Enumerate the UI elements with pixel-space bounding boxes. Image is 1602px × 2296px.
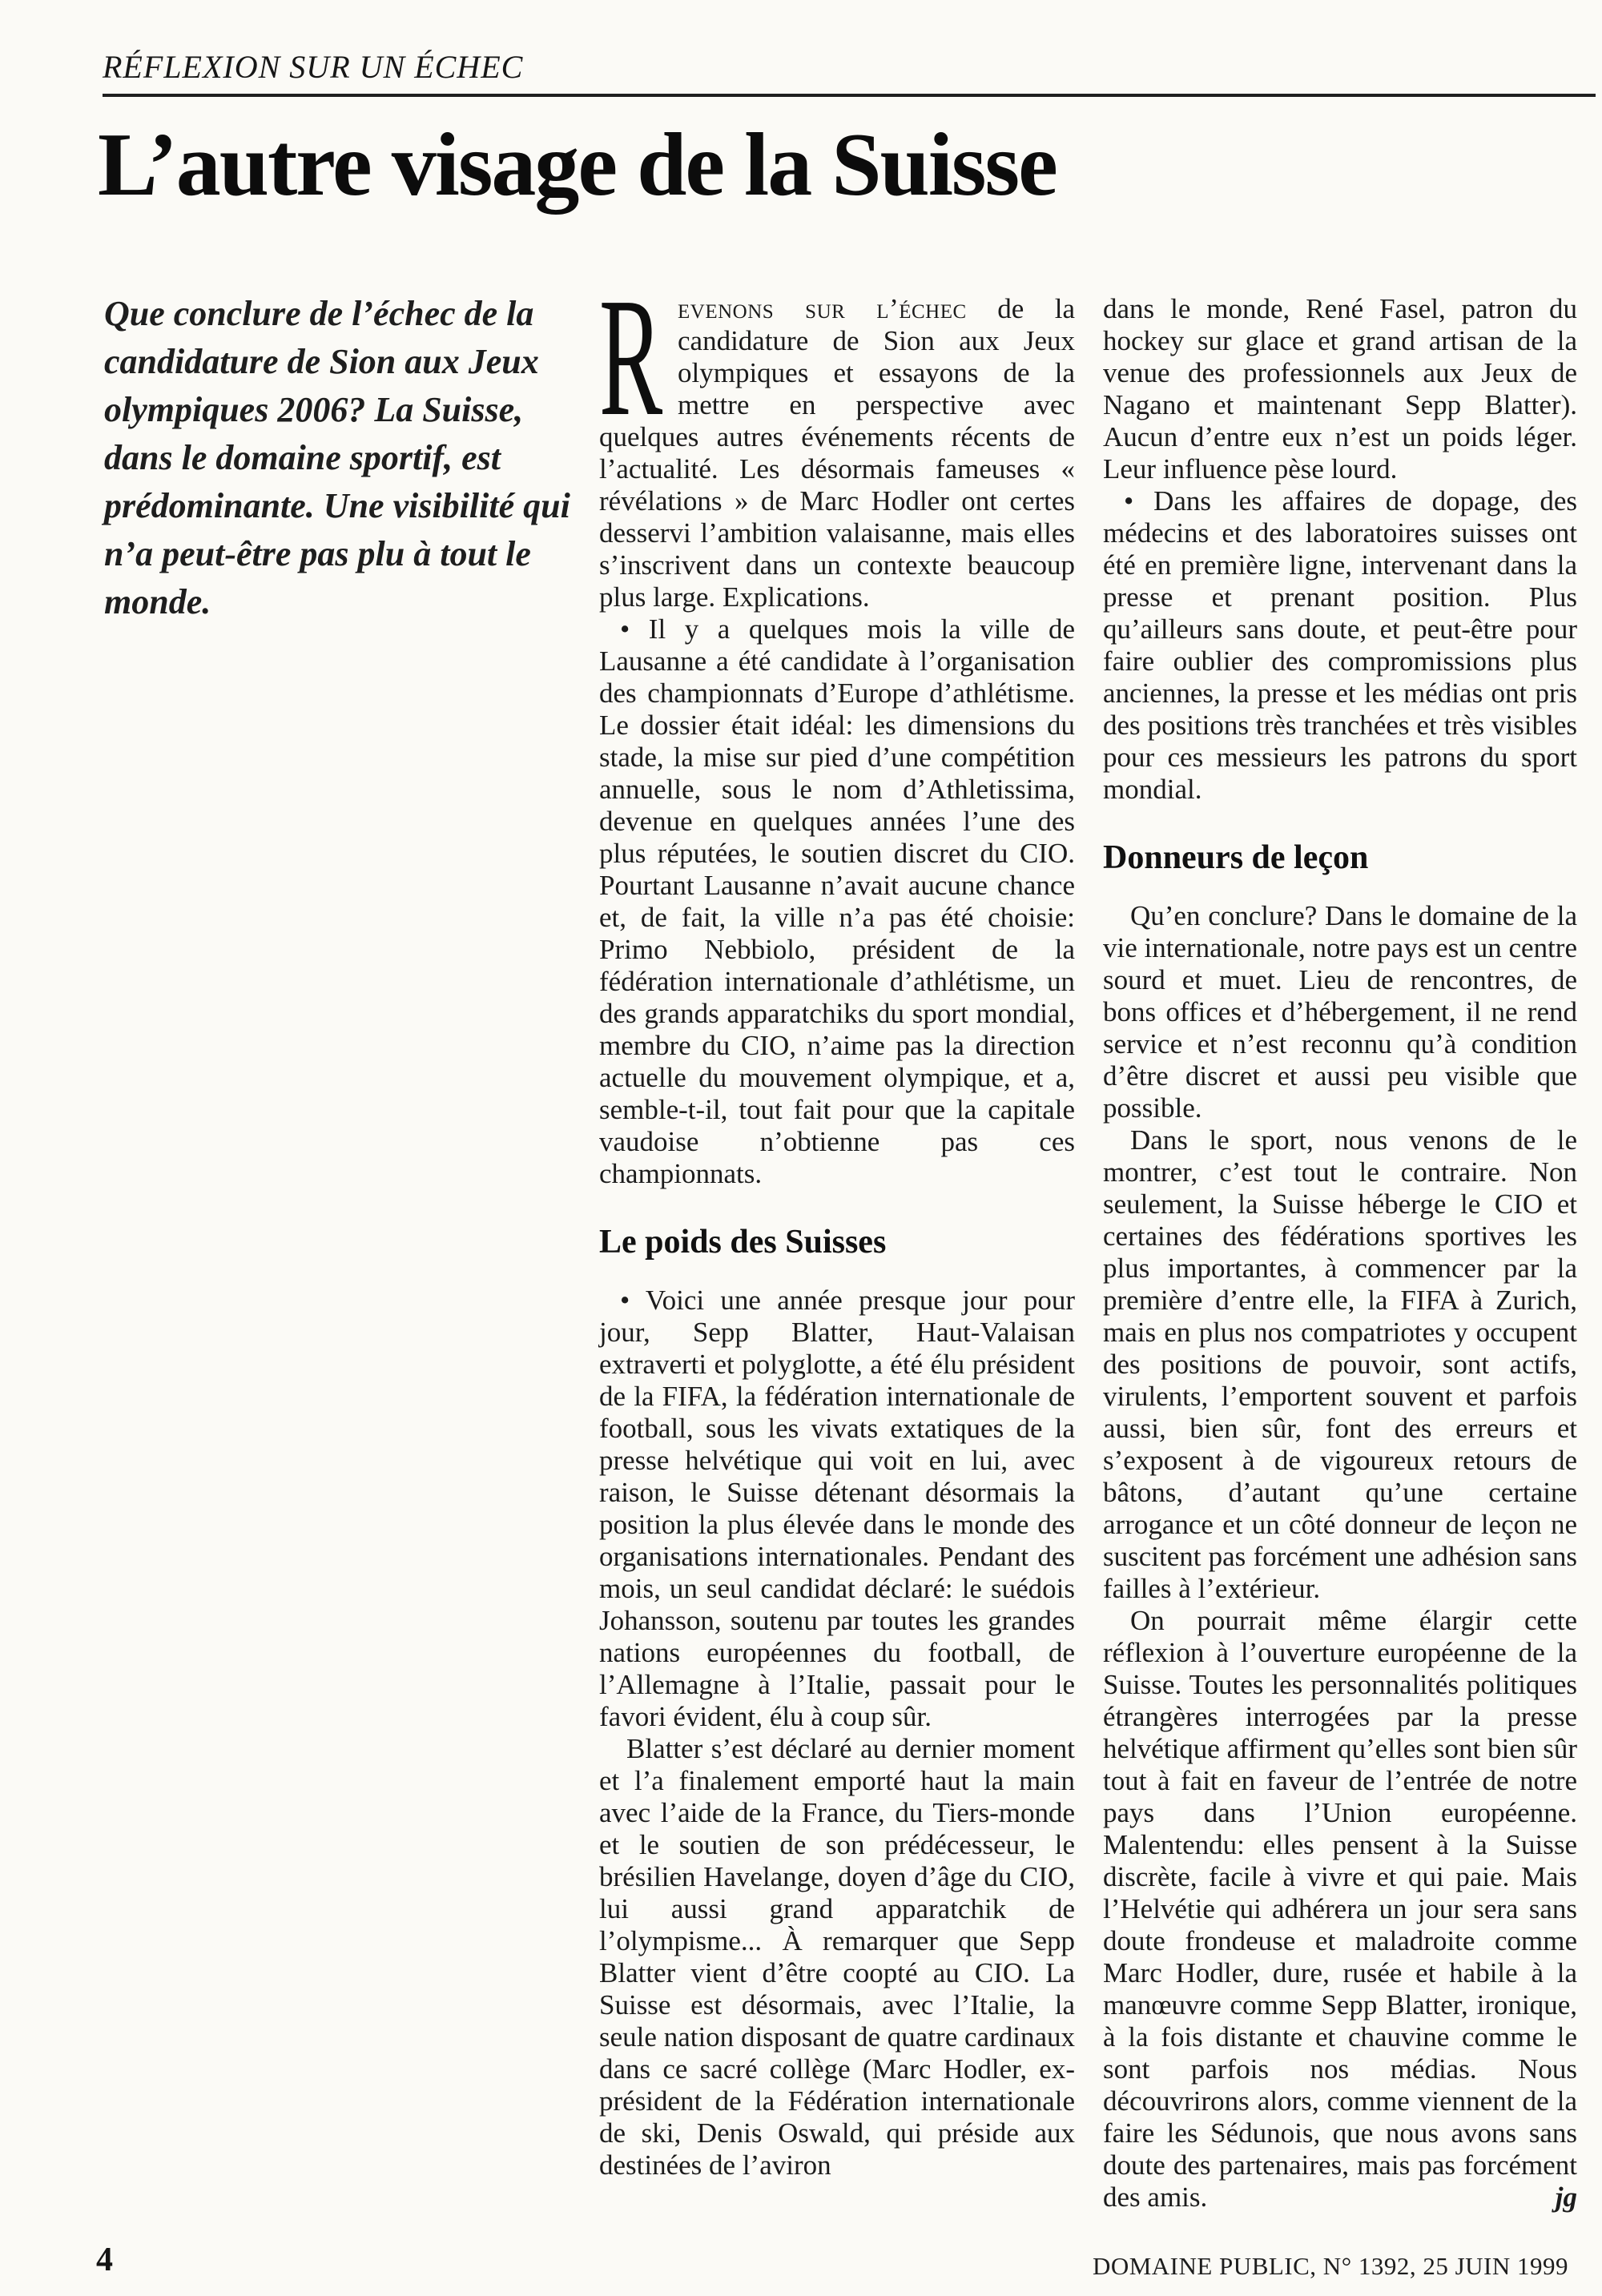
page-number: 4	[96, 2241, 113, 2279]
paragraph-europe: On pourrait même élargir cette réflexion…	[1103, 1605, 1577, 2214]
kicker-rule	[103, 94, 1596, 97]
column-right: dans le monde, René Fasel, patron du hoc…	[1103, 293, 1577, 2214]
paragraph-dopage: • Dans les affaires de dopage, des médec…	[1103, 485, 1577, 806]
subheading-donneurs-de-lecon: Donneurs de leçon	[1103, 839, 1577, 876]
paragraph-fasel: dans le monde, René Fasel, patron du hoc…	[1103, 293, 1577, 485]
paragraph-blatter-election: • Voici une année presque jour pour jour…	[599, 1285, 1075, 1733]
kicker: RÉFLEXION SUR UN ÉCHEC	[103, 48, 523, 86]
issue-line: DOMAINE PUBLIC, N° 1392, 25 JUIN 1999	[1093, 2252, 1568, 2281]
small-caps-lead-in: evenons sur l’échec	[678, 293, 967, 324]
subheading-le-poids-des-suisses: Le poids des Suisses	[599, 1224, 1075, 1261]
paragraph-europe-text: On pourrait même élargir cette réflexion…	[1103, 1605, 1577, 2213]
paragraph-blatter-declare: Blatter s’est déclaré au dernier moment …	[599, 1733, 1075, 2181]
author-initials: jg	[1556, 2181, 1577, 2214]
column-middle: Revenons sur l’échec de la candidature d…	[599, 293, 1075, 2181]
scanned-article-page: RÉFLEXION SUR UN ÉCHEC L’autre visage de…	[0, 0, 1602, 2296]
paragraph-lausanne: • Il y a quelques mois la ville de Lausa…	[599, 613, 1075, 1190]
paragraph-sport: Dans le sport, nous venons de le montrer…	[1103, 1124, 1577, 1605]
opening-paragraph-text: de la candidature de Sion aux Jeux olymp…	[599, 293, 1075, 613]
drop-cap: R	[599, 296, 638, 418]
paragraph-conclure: Qu’en conclure? Dans le domaine de la vi…	[1103, 900, 1577, 1124]
opening-paragraph: Revenons sur l’échec de la candidature d…	[599, 293, 1075, 613]
article-title: L’autre visage de la Suisse	[98, 117, 1057, 213]
lead-paragraph: Que conclure de l’échec de la candidatur…	[104, 290, 585, 626]
